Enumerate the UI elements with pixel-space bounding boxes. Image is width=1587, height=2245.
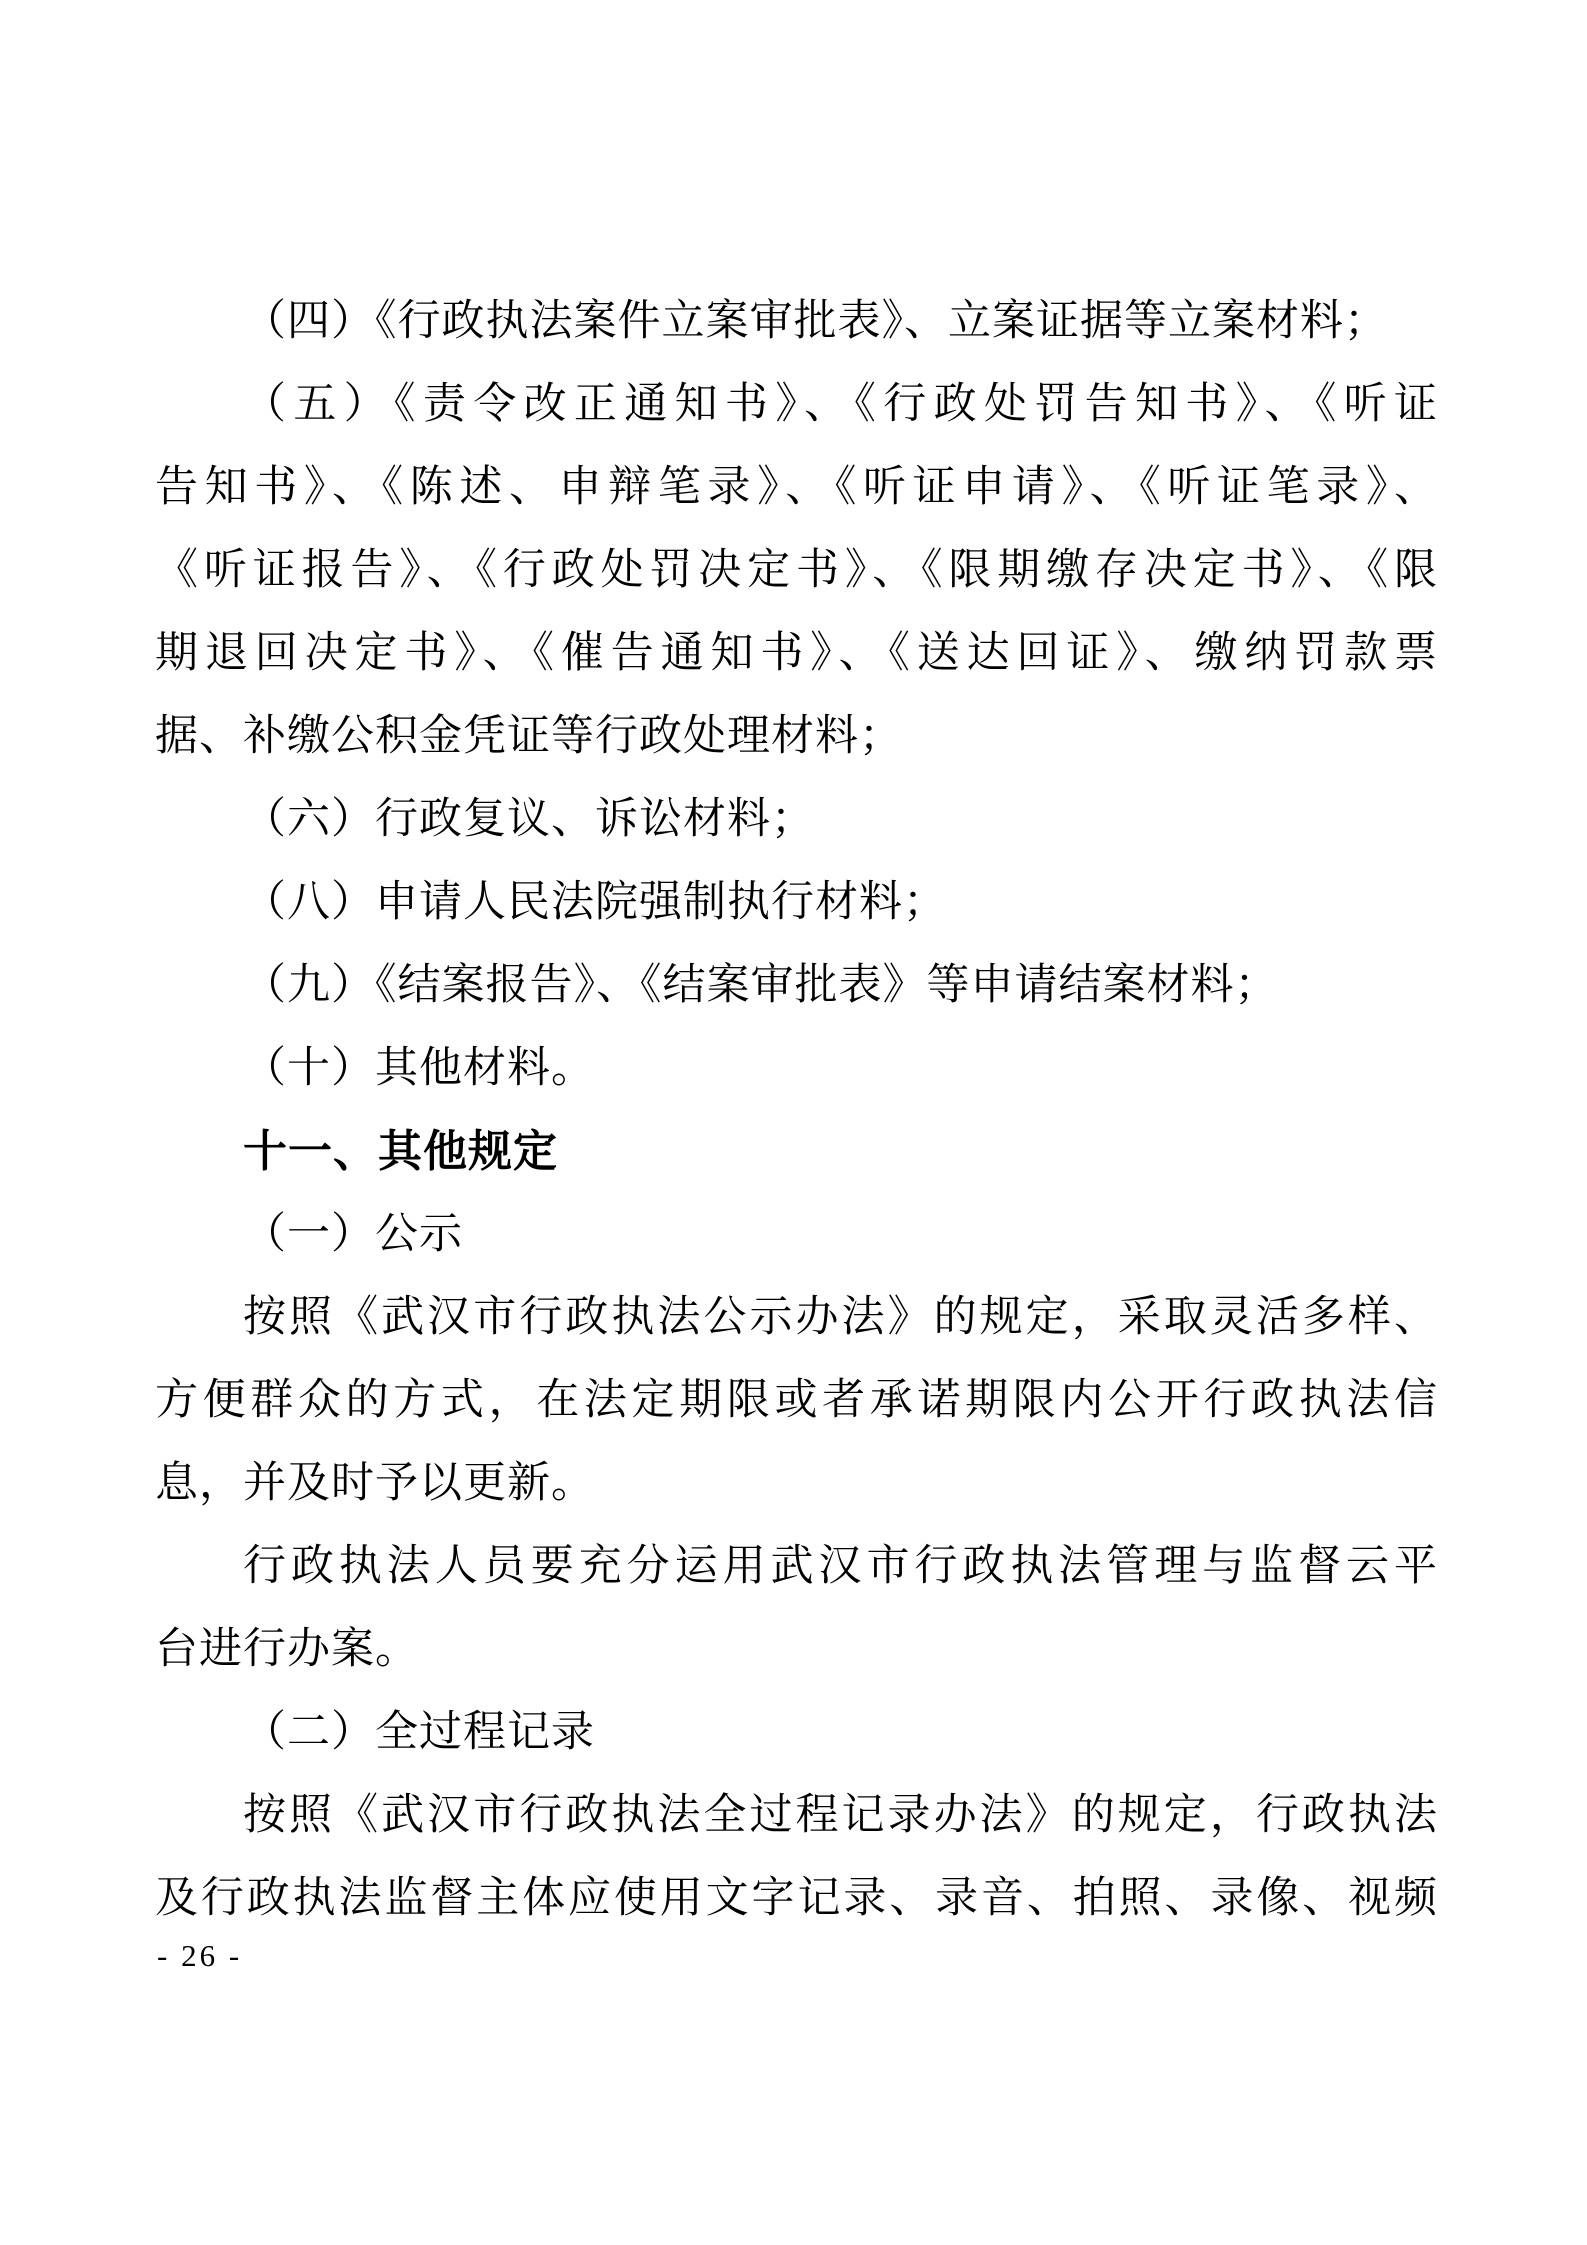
subsection-heading: （二）全过程记录 (155, 1691, 1437, 1774)
body-text-line: （八）申请人民法院强制执行材料； (155, 861, 1437, 944)
body-text-line: 据、补缴公积金凭证等行政处理材料； (155, 695, 1437, 778)
body-text-line: （九）《结案报告》、《结案审批表》等申请结案材料； (155, 944, 1437, 1027)
body-text-line: （十）其他材料。 (155, 1027, 1437, 1110)
page-number: - 26 - (157, 1938, 242, 1974)
body-text-line: 行政执法人员要充分运用武汉市行政执法管理与监督云平 (155, 1525, 1437, 1608)
body-text-line: 告知书》、《陈述、申辩笔录》、《听证申请》、《听证笔录》、 (155, 446, 1437, 529)
document-page: （四）《行政执法案件立案审批表》、立案证据等立案材料；（五）《责令改正通知书》、… (0, 0, 1587, 2245)
body-text-line: 《听证报告》、《行政处罚决定书》、《限期缴存决定书》、《限 (155, 529, 1437, 612)
body-text-line: 按照《武汉市行政执法公示办法》的规定，采取灵活多样、 (155, 1276, 1437, 1359)
body-text-line: 方便群众的方式，在法定期限或者承诺期限内公开行政执法信 (155, 1359, 1437, 1442)
body-text-line: （五）《责令改正通知书》、《行政处罚告知书》、《听证 (155, 363, 1437, 446)
body-text-line: （四）《行政执法案件立案审批表》、立案证据等立案材料； (155, 280, 1437, 363)
body-text-line: 期退回决定书》、《催告通知书》、《送达回证》、缴纳罚款票 (155, 612, 1437, 695)
subsection-heading: （一）公示 (155, 1193, 1437, 1276)
document-body: （四）《行政执法案件立案审批表》、立案证据等立案材料；（五）《责令改正通知书》、… (155, 280, 1437, 1940)
body-text-line: 台进行办案。 (155, 1608, 1437, 1691)
body-text-line: （六）行政复议、诉讼材料； (155, 778, 1437, 861)
body-text-line: 息，并及时予以更新。 (155, 1442, 1437, 1525)
body-text-line: 及行政执法监督主体应使用文字记录、录音、拍照、录像、视频 (155, 1857, 1437, 1940)
section-heading: 十一、其他规定 (155, 1110, 1437, 1193)
body-text-line: 按照《武汉市行政执法全过程记录办法》的规定，行政执法 (155, 1774, 1437, 1857)
